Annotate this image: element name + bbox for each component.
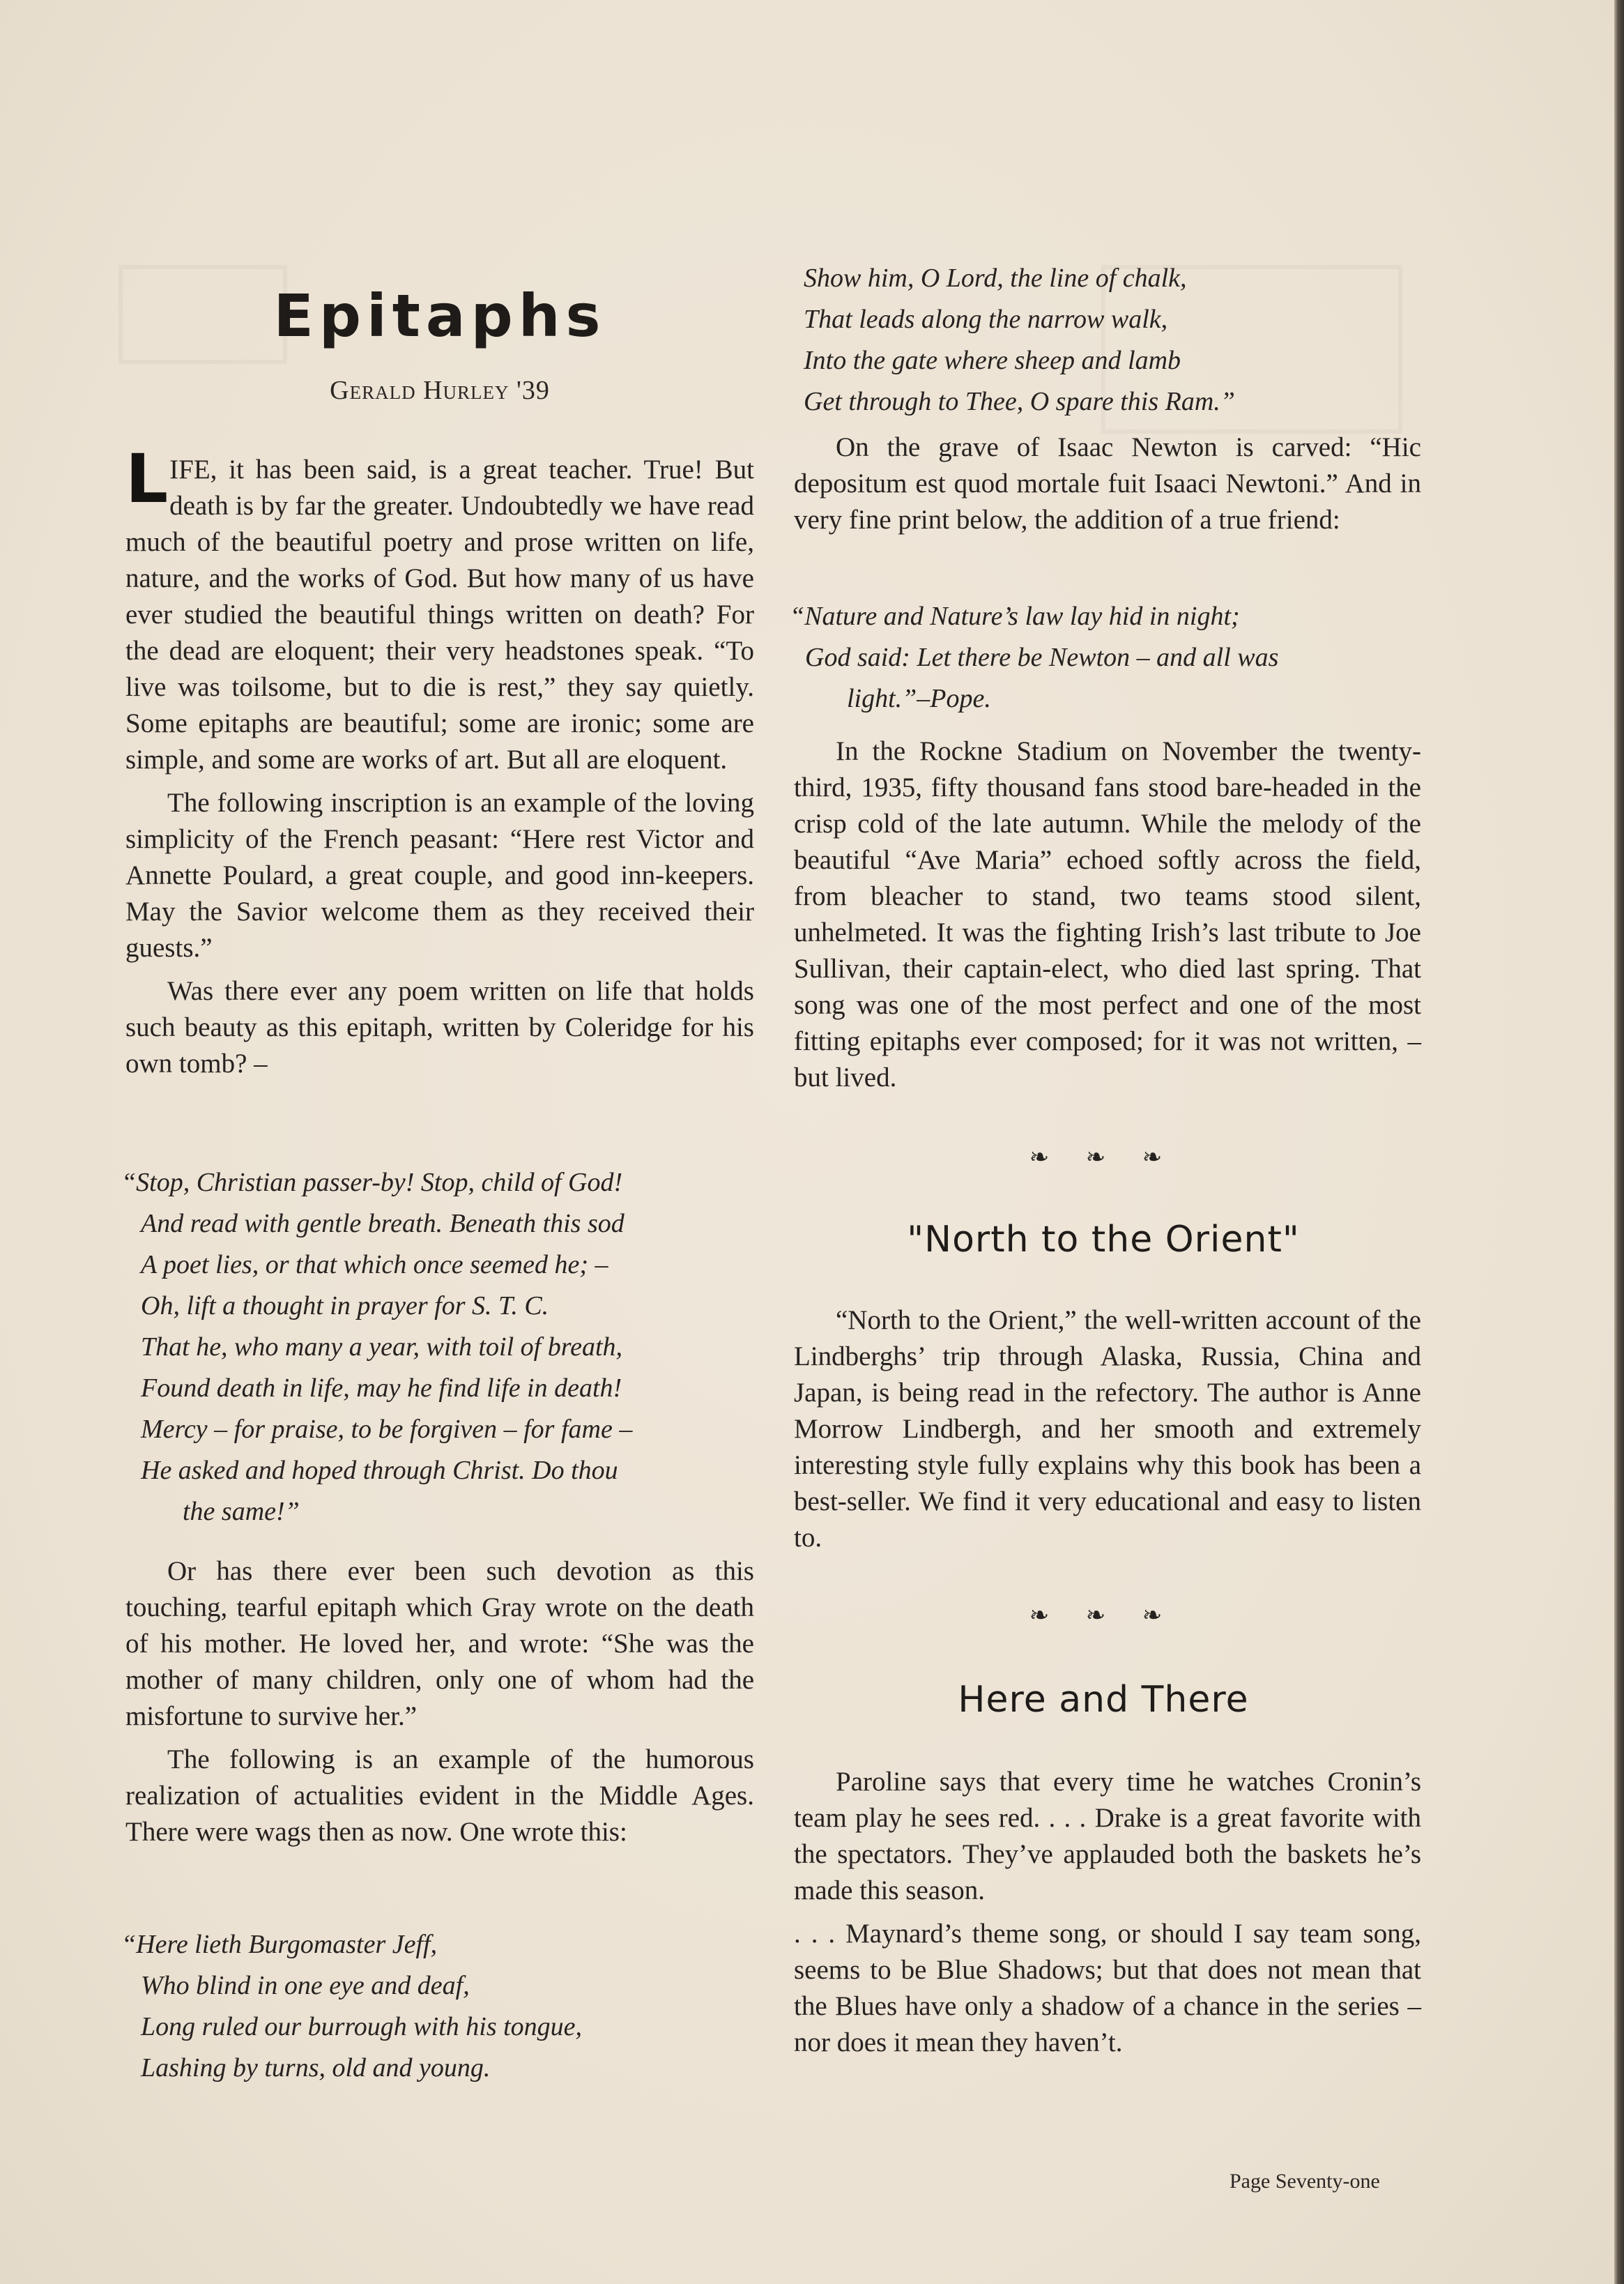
burgomaster-verse: “Here lieth Burgomaster Jeff, Who blind … [125,1924,754,2089]
verse-line: That he, who many a year, with toil of b… [141,1327,754,1368]
burgomaster-verse-continued: Show him, O Lord, the line of chalk, Tha… [790,258,1417,422]
verse-line: Who blind in one eye and deaf, [141,1965,754,2007]
verse-line: Oh, lift a thought in prayer for S. T. C… [141,1286,754,1327]
verse-line: He asked and hoped through Christ. Do th… [141,1450,754,1491]
verse-line: God said: Let there be Newton – and all … [805,637,1417,678]
north-to-the-orient-paragraph: “North to the Orient,” the well-written … [794,1302,1421,1556]
verse-line: Get through to Thee, O spare this Ram.” [804,381,1417,422]
verse-line: “Stop, Christian passer-by! Stop, child … [121,1162,754,1203]
verse-line: the same!” [183,1491,754,1532]
verse-line: Show him, O Lord, the line of chalk, [804,258,1417,299]
verse-line: “Here lieth Burgomaster Jeff, [121,1924,754,1965]
epitaphs-middle: Or has there ever been such devotion as … [125,1553,754,1850]
coleridge-paragraph: Was there ever any poem written on life … [125,973,754,1082]
page-binding-edge [1614,0,1624,2284]
verse-line: Into the gate where sheep and lamb [804,340,1417,381]
fleuron-icon: ❧ ❧ ❧ [790,1601,1417,1629]
author-byline: Gerald Hurley '39 [125,375,754,406]
intro-paragraph: LIFE, it has been said, is a great teach… [125,452,754,778]
page-number: Page Seventy-one [1230,2170,1380,2193]
verse-line: Mercy – for praise, to be forgiven – for… [141,1409,754,1450]
verse-line: Lashing by turns, old and young. [141,2048,754,2089]
section-title-here-and-there: Here and There [790,1679,1417,1721]
here-and-there-section: Paroline says that every time he watches… [794,1764,1421,2061]
verse-line: Found death in life, may he find life in… [141,1368,754,1409]
verse-line: A poet lies, or that which once seemed h… [141,1244,754,1286]
verse-line: “Nature and Nature’s law lay hid in nigh… [790,596,1417,637]
article-title-epitaphs: Epitaphs [125,282,754,350]
newton-verse: “Nature and Nature’s law lay hid in nigh… [790,596,1417,720]
verse-line: Long ruled our burrough with his tongue, [141,2007,754,2048]
verse-line: light.”–Pope. [847,678,1417,720]
humorous-paragraph: The following is an example of the humor… [125,1742,754,1850]
newton-section: On the grave of Isaac Newton is carved: … [794,429,1421,538]
magazine-page: Epitaphs Gerald Hurley '39 LIFE, it has … [0,0,1614,2284]
here-and-there-paragraph: . . . Maynard’s theme song, or should I … [794,1916,1421,2061]
french-peasant-paragraph: The following inscription is an example … [125,785,754,966]
fleuron-icon: ❧ ❧ ❧ [790,1143,1417,1171]
verse-line: That leads along the narrow walk, [804,299,1417,340]
here-and-there-paragraph: Paroline says that every time he watches… [794,1764,1421,1909]
rockne-section: In the Rockne Stadium on November the tw… [794,733,1421,1096]
newton-paragraph: On the grave of Isaac Newton is carved: … [794,429,1421,538]
section-title-north-to-the-orient: "North to the Orient" [790,1219,1417,1261]
rockne-paragraph: In the Rockne Stadium on November the tw… [794,733,1421,1096]
gray-paragraph: Or has there ever been such devotion as … [125,1553,754,1735]
north-to-the-orient-section: “North to the Orient,” the well-written … [794,1302,1421,1556]
coleridge-verse: “Stop, Christian passer-by! Stop, child … [125,1162,754,1532]
verse-line: And read with gentle breath. Beneath thi… [141,1203,754,1244]
epitaphs-intro: LIFE, it has been said, is a great teach… [125,452,754,1082]
